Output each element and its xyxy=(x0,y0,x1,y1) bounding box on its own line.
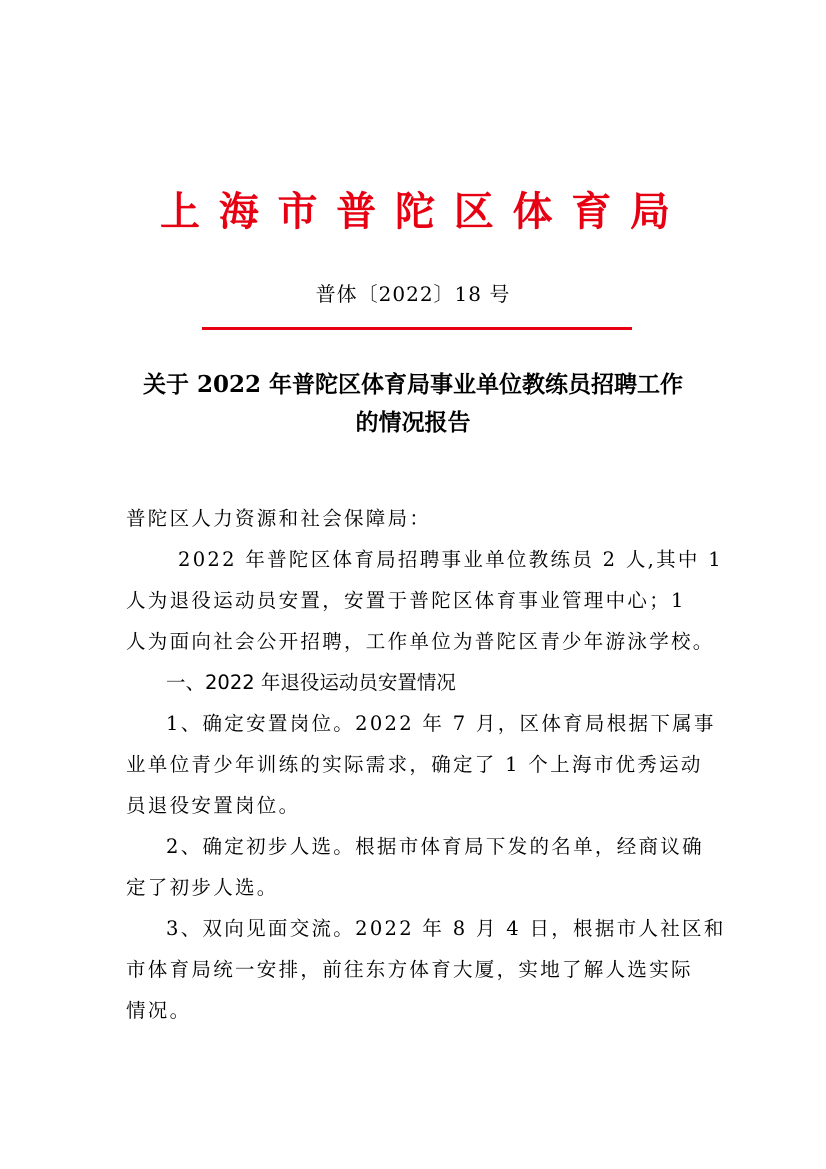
item-line: 2、确定初步人选。根据市体育局下发的名单，经商议确 xyxy=(126,826,706,867)
document-title-line-2: 的情况报告 xyxy=(110,404,716,442)
intro-line: 人为退役运动员安置，安置于普陀区体育事业管理中心；1 xyxy=(126,580,706,621)
agency-name-char: 上 xyxy=(160,184,200,240)
item-paragraph-2: 2、确定初步人选。根据市体育局下发的名单，经商议确 定了初步人选。 xyxy=(126,826,706,908)
agency-name-char: 陀 xyxy=(395,184,435,240)
agency-name-char: 区 xyxy=(454,184,494,240)
document-body: 普陀区人力资源和社会保障局： 2022 年普陀区体育局招聘事业单位教练员 2 人… xyxy=(126,498,706,1031)
item-line: 3、双向见面交流。2022 年 8 月 4 日，根据市人社区和 xyxy=(126,908,706,949)
intro-line: 2022 年普陀区体育局招聘事业单位教练员 2 人,其中 1 xyxy=(126,539,706,580)
item-line: 1、确定安置岗位。2022 年 7 月，区体育局根据下属事 xyxy=(126,703,706,744)
item-paragraph-3: 3、双向见面交流。2022 年 8 月 4 日，根据市人社区和 市体育局统一安排… xyxy=(126,908,706,1031)
addressee: 普陀区人力资源和社会保障局： xyxy=(126,498,706,539)
item-line: 定了初步人选。 xyxy=(126,867,706,908)
item-line: 情况。 xyxy=(126,990,706,1031)
agency-name-header: 上 海 市 普 陀 区 体 育 局 xyxy=(160,184,670,240)
document-number: 普体〔2022〕18 号 xyxy=(0,280,826,308)
red-divider-line xyxy=(202,327,632,330)
agency-name-char: 体 xyxy=(513,184,553,240)
agency-name-char: 育 xyxy=(571,184,611,240)
agency-name-char: 市 xyxy=(278,184,318,240)
section-heading-1: 一、2022 年退役运动员安置情况 xyxy=(126,662,706,703)
item-line: 员退役安置岗位。 xyxy=(126,785,706,826)
document-title: 关于 2022 年普陀区体育局事业单位教练员招聘工作 的情况报告 xyxy=(110,366,716,442)
addressee-text: 普陀区人力资源和社会保障局： xyxy=(126,498,706,539)
agency-name-char: 海 xyxy=(219,184,259,240)
agency-name-char: 普 xyxy=(336,184,376,240)
item-line: 市体育局统一安排，前往东方体育大厦，实地了解人选实际 xyxy=(126,949,706,990)
agency-name-char: 局 xyxy=(630,184,670,240)
intro-line: 人为面向社会公开招聘，工作单位为普陀区青少年游泳学校。 xyxy=(126,621,706,662)
intro-paragraph: 2022 年普陀区体育局招聘事业单位教练员 2 人,其中 1 人为退役运动员安置… xyxy=(126,539,706,662)
item-line: 业单位青少年训练的实际需求，确定了 1 个上海市优秀运动 xyxy=(126,744,706,785)
item-paragraph-1: 1、确定安置岗位。2022 年 7 月，区体育局根据下属事 业单位青少年训练的实… xyxy=(126,703,706,826)
document-title-line-1: 关于 2022 年普陀区体育局事业单位教练员招聘工作 xyxy=(110,366,716,404)
